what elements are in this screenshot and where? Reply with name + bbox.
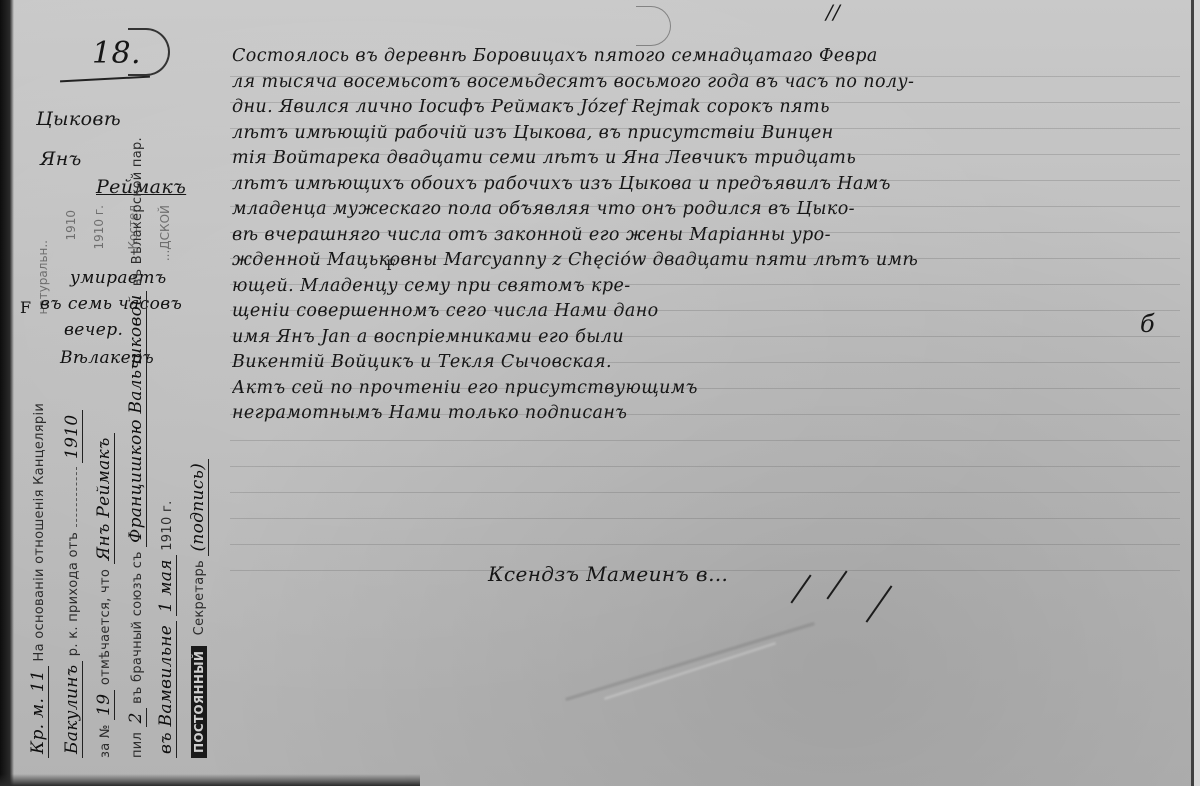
stamp-row: Кр. м. 11 На основаніи отношенія Канцеля… bbox=[28, 403, 54, 758]
stamp-printed-text: р. к. прихода отъ bbox=[66, 532, 81, 656]
top-flourish bbox=[636, 6, 671, 46]
ruled-line bbox=[230, 492, 1180, 493]
stamp-printed-text: пил bbox=[130, 732, 145, 758]
record-line: младенца мужескаго пола объявляя что онъ… bbox=[232, 197, 1194, 223]
stamp-filled-value: Янъ Реймакъ bbox=[94, 433, 115, 564]
signature-stroke bbox=[826, 571, 847, 600]
stamp-printed-text: Секретарь bbox=[192, 560, 207, 635]
stamp-filled-value: Бакулинъ bbox=[62, 661, 83, 758]
page-right-shadow bbox=[1194, 0, 1200, 786]
record-line: тія Войтарека двадцати семи лѣтъ и Яна Л… bbox=[232, 146, 1194, 172]
stamp-row: пил 2 въ брачный союзъ съ Францишкою Вал… bbox=[126, 137, 152, 758]
insertion-mark: F bbox=[386, 258, 396, 274]
top-scribble: // bbox=[826, 0, 840, 24]
stamp-signature: (подпись) bbox=[188, 459, 209, 556]
stamp-filled-value: въ Вамвильне bbox=[156, 621, 177, 758]
record-line: вѣ вчерашняго числа отъ законной его жен… bbox=[232, 223, 1194, 249]
fold-crease bbox=[565, 622, 815, 701]
stamp-row: Бакулинъ р. к. прихода отъ 1910 bbox=[62, 410, 88, 758]
stamp-row: въ Вамвильне 1 мая 1910 г. bbox=[156, 500, 182, 758]
signature-stroke bbox=[866, 585, 893, 622]
record-line: щеніи совершенномъ сего числа Нами дано bbox=[232, 299, 1194, 325]
stamp-printed-text: за № bbox=[98, 724, 113, 758]
margin-village: Цыковѣ bbox=[36, 108, 121, 130]
fold-crease-highlight bbox=[604, 642, 776, 700]
line-end-flourish: б bbox=[1140, 310, 1155, 338]
stamp-printed-text: въ брачный союзъ съ bbox=[130, 551, 145, 704]
record-line: ля тысяча восемьсотъ восемьдесятъ восьмо… bbox=[232, 70, 1194, 96]
record-line: лѣтъ имѣющихъ обоихъ рабочихъ изъ Цыкова… bbox=[232, 172, 1194, 198]
ruled-line bbox=[230, 544, 1180, 545]
stamp-printed-text: 1910 г. bbox=[160, 500, 175, 550]
stamp-filled-value: Францишкою Вальчиковой bbox=[126, 291, 147, 547]
record-line: жденной Мацьковны Marcyanny z Chęciów дв… bbox=[232, 248, 1194, 274]
ruled-line bbox=[230, 466, 1180, 467]
stamp-row: за № 19 отмѣчается, что Янъ Реймакъ bbox=[94, 433, 120, 758]
record-line: неграмотнымъ Нами только подписанъ bbox=[232, 401, 1194, 427]
record-line: Актъ сей по прочтеніи его присутствующим… bbox=[232, 376, 1194, 402]
record-line: дни. Явился лично Іосифъ Реймакъ Józef R… bbox=[232, 95, 1194, 121]
stamp-title-badge: ПОСТОЯННЫЙ bbox=[191, 646, 207, 758]
entry-number-underline bbox=[60, 76, 150, 83]
stamp-printed-text: въ Вѣлакерской пар. bbox=[130, 137, 145, 286]
record-line: ющей. Младенцу сему при святомъ кре- bbox=[232, 274, 1194, 300]
stamp-filled-value: Кр. м. 11 bbox=[28, 666, 49, 758]
stamp-filled-value: 1910 bbox=[62, 410, 83, 462]
stamp-filled-value: 19 bbox=[94, 690, 115, 720]
stamp-blank bbox=[76, 467, 77, 527]
record-line: лѣтъ имѣющій рабочій изъ Цыкова, въ прис… bbox=[232, 121, 1194, 147]
bottom-edge-shadow bbox=[0, 774, 420, 786]
entry-number-flourish bbox=[128, 28, 170, 76]
record-line: Состоялось въ деревнѣ Боровицахъ пятого … bbox=[232, 44, 1194, 70]
stamp-filled-value: 2 bbox=[126, 708, 147, 727]
record-line: Викентій Войцикъ и Текля Сычовская. bbox=[232, 350, 1194, 376]
stamp-filled-value: 1 мая bbox=[156, 555, 177, 616]
scanned-register-page: // 18. натуральн.. 1910 1910 г. Костел .… bbox=[0, 0, 1200, 786]
stamp-printed-text: На основаніи отношенія Канцеляріи bbox=[32, 403, 47, 662]
record-line: имя Янъ Jan а воспріемниками его были bbox=[232, 325, 1194, 351]
signature-stroke bbox=[790, 575, 811, 604]
ruled-line bbox=[230, 518, 1180, 519]
record-body: Состоялось въ деревнѣ Боровицахъ пятого … bbox=[232, 44, 1194, 427]
marriage-annotation-stamp: Кр. м. 11 На основаніи отношенія Канцеля… bbox=[8, 158, 228, 758]
stamp-row: ПОСТОЯННЫЙ Секретарь (подпись) bbox=[188, 459, 214, 758]
priest-signature: Ксендзъ Мамеинъ в… bbox=[488, 562, 728, 586]
ruled-line bbox=[230, 440, 1180, 441]
stamp-printed-text: отмѣчается, что bbox=[98, 569, 113, 685]
